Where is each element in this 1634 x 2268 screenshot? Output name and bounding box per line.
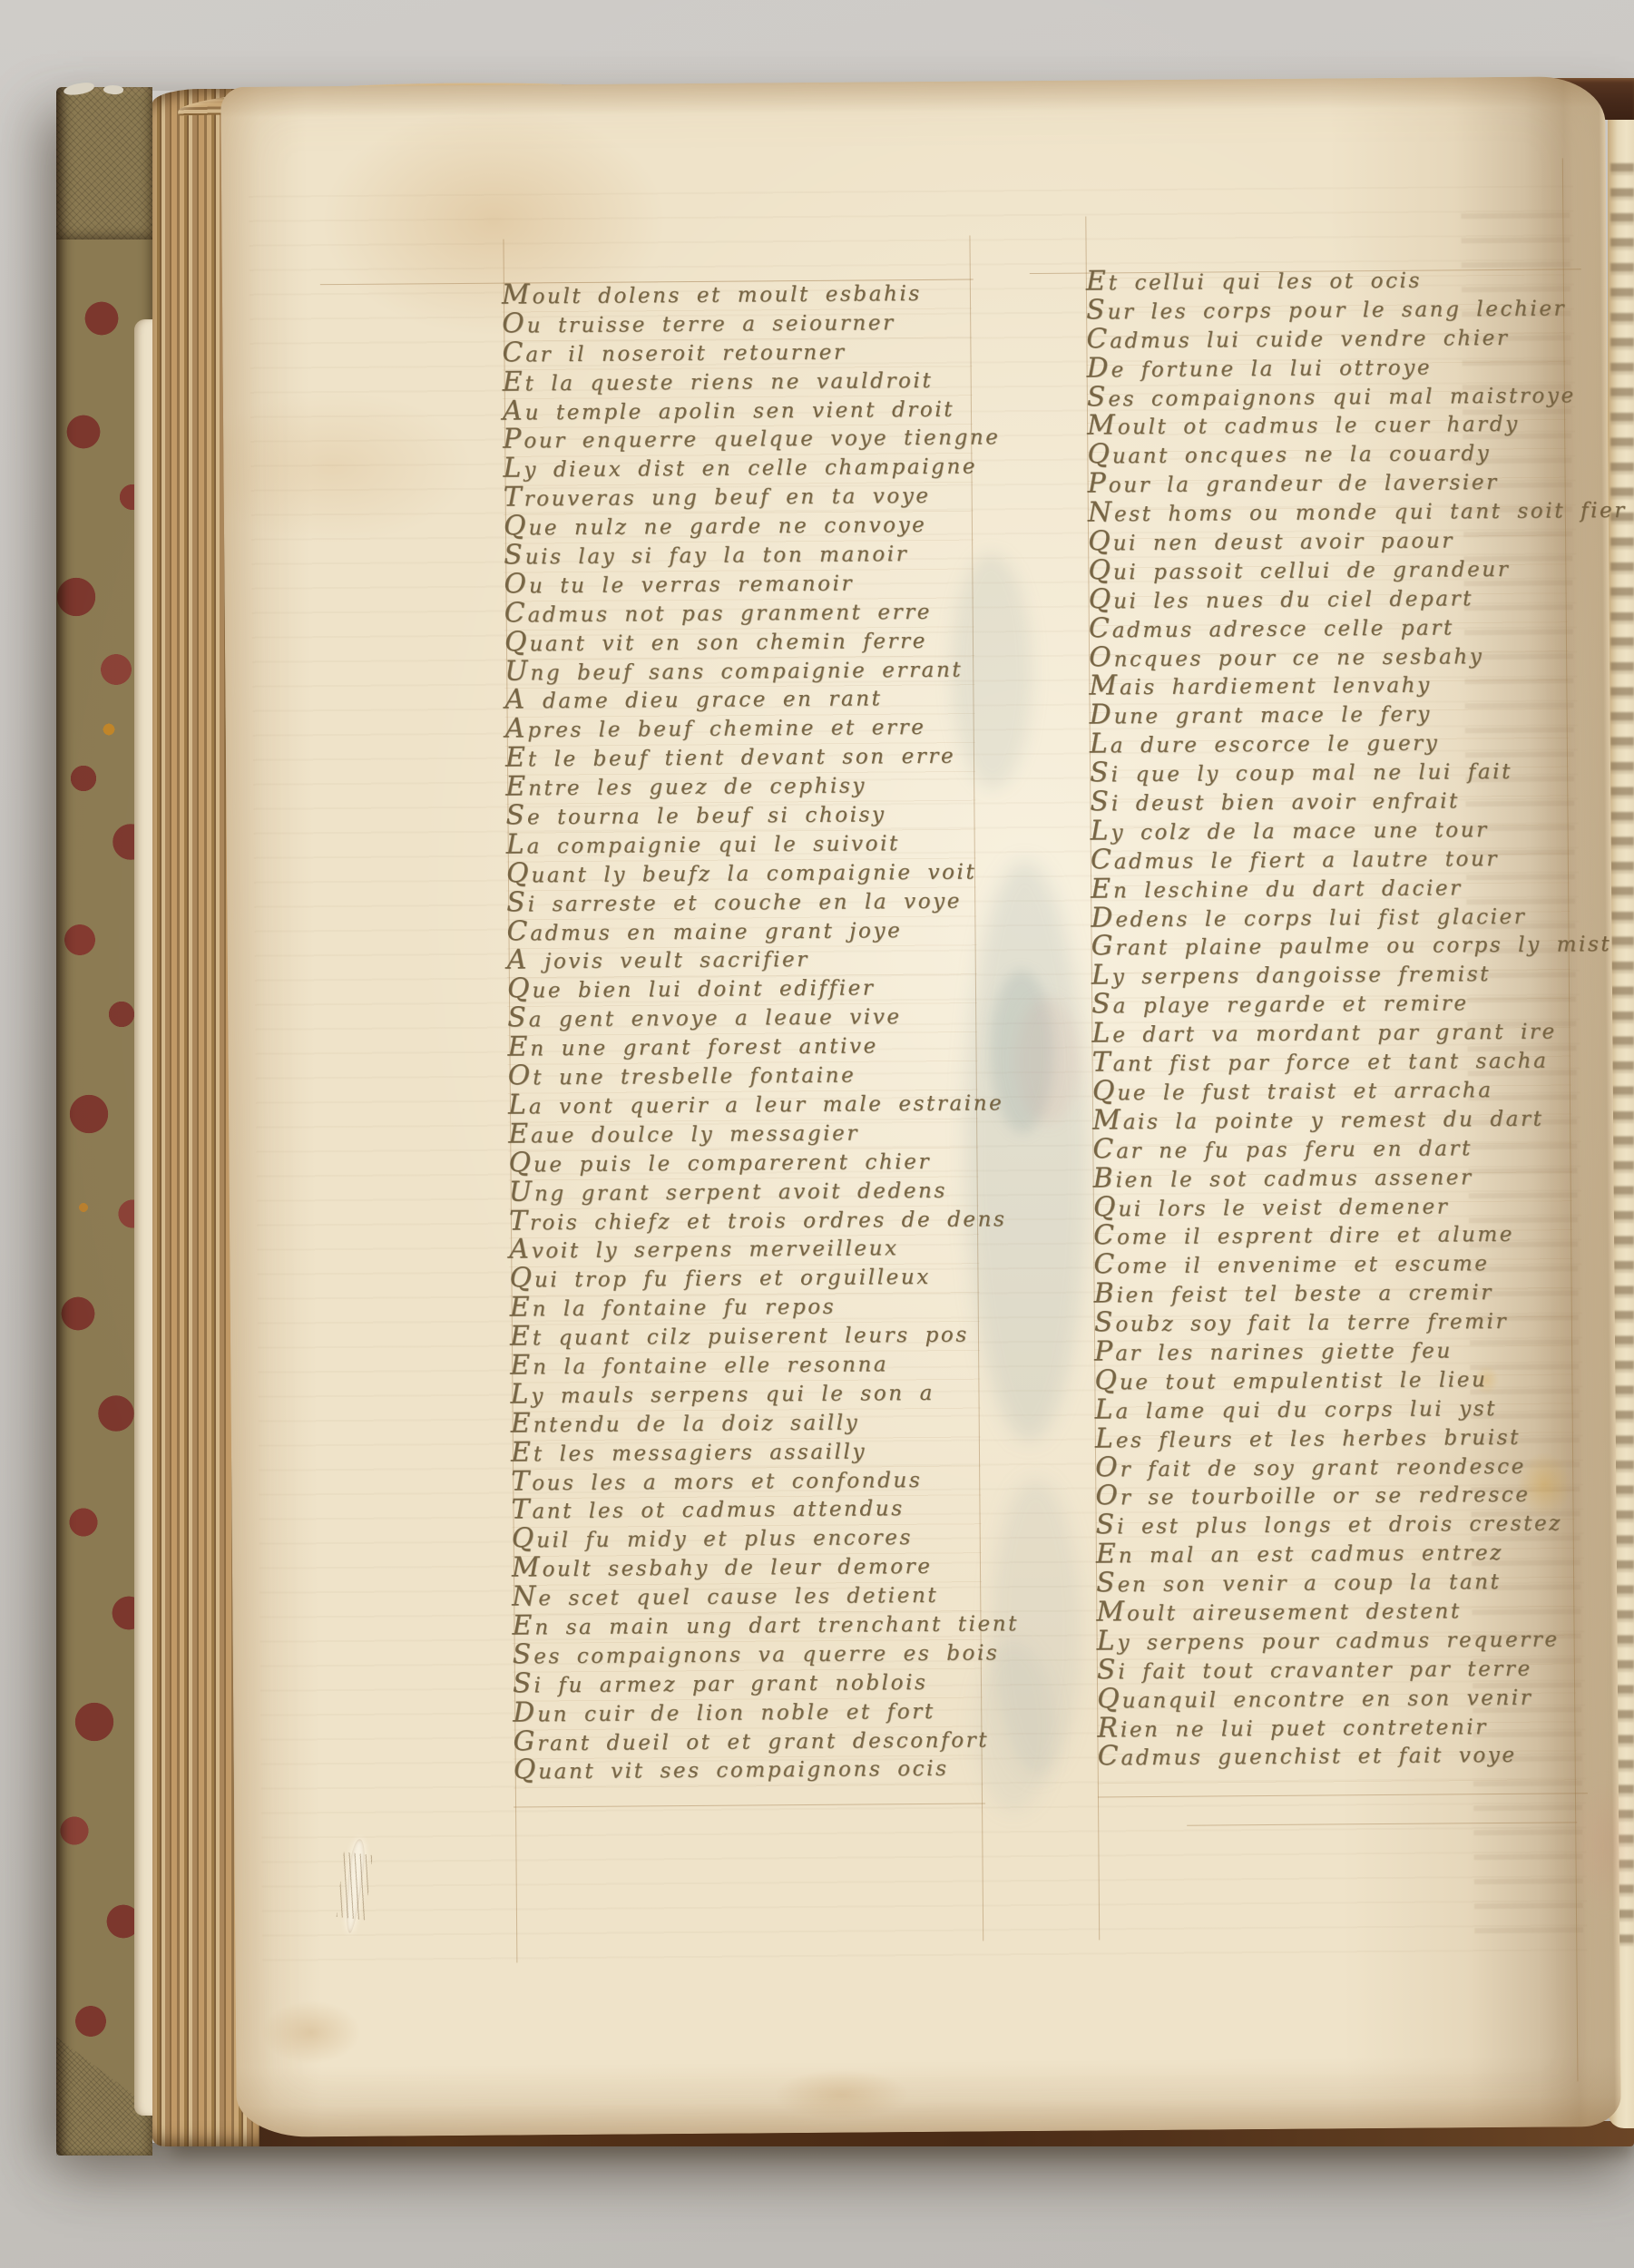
manuscript-verse-line: Qui nen deust avoir paour [1088,523,1578,556]
manuscript-verse-line: En la fontaine fu repos [510,1290,982,1323]
manuscript-verse-line: Que tout empulentist le lieu [1094,1363,1584,1395]
manuscript-verse-line: Et cellui qui les ot ocis [1086,263,1576,296]
manuscript-verse-line: Come il esprent dire et alume [1093,1218,1583,1251]
manuscript-verse-line: En la fontaine elle resonna [510,1347,982,1380]
manuscript-verse-line: Soubz soy fait la terre fremir [1094,1305,1584,1337]
manuscript-verse-line: Entre les guez de cephisy [505,769,977,802]
manuscript-verse-line: Et la queste riens ne vauldroit [503,364,974,396]
manuscript-verse-line: Que le fust traist et arracha [1092,1073,1582,1106]
manuscript-verse-line: Moult sesbahy de leur demore [512,1550,983,1583]
manuscript-verse-line: En mal an est cadmus entrez [1096,1536,1586,1569]
manuscript-verse-line: Quant vit en son chemin ferre [504,624,976,657]
manuscript-verse-line: Sen son venir a coup la tant [1096,1565,1586,1598]
manuscript-verse-line: Les fleurs et les herbes bruist [1095,1421,1585,1453]
manuscript-verse-line: Que puis le comparerent chier [508,1145,980,1178]
manuscript-photo: Moult dolens et moult esbahisOu truisse … [0,0,1634,2268]
manuscript-verse-line: Trois chiefz et trois ordres de dens [509,1203,981,1236]
manuscript-verse-line: Le dart va mordant par grant ire [1091,1015,1581,1048]
manuscript-verse-line: Quant ly beufz la compaignie voit [506,855,978,888]
manuscript-verse-line: Or se tourboille or se redresce [1095,1479,1585,1511]
manuscript-verse-line: Cadmus le fiert a lautre tour [1091,842,1580,875]
manuscript-verse-line: Qui passoit cellui de grandeur [1088,552,1578,585]
manuscript-verse-line: Ne scet quel cause les detient [512,1579,983,1612]
manuscript-verse-line: Mais la pointe y remest du dart [1092,1102,1582,1135]
manuscript-verse-line: Avoit ly serpens merveilleux [509,1232,981,1265]
manuscript-verse-line: Sa playe regarde et remire [1091,987,1581,1020]
manuscript-verse-line: A dame dieu grace en rant [504,682,976,715]
manuscript-verse-line: Si deust bien avoir enfrait [1090,784,1580,816]
manuscript-verse-line: Pour la grandeur de laversier [1087,466,1577,499]
manuscript-verse-line: Cadmus not pas granment erre [504,595,976,628]
manuscript-verse-line: Cadmus adresce celle part [1089,611,1579,643]
offset-smudge [1015,997,1080,1125]
manuscript-verse-line: Entendu de la doiz sailly [511,1405,983,1438]
manuscript-verse-line: Si que ly coup mal ne lui fait [1090,755,1580,787]
manuscript-verse-line: Se tourna le beuf si choisy [505,798,977,831]
manuscript-verse-line: Si sarreste et couche en la voye [506,885,978,917]
manuscript-verse-line: Quant vit ses compaignons ocis [514,1753,985,1785]
manuscript-verse-line: Dune grant mace le fery [1089,698,1579,730]
cover-leather-top [56,87,152,240]
manuscript-verse-line: Tous les a mors et confondus [511,1463,983,1496]
manuscript-verse-line: Rien ne lui puet contretenir [1097,1710,1587,1743]
manuscript-verse-line: Quil fu midy et plus encores [512,1521,983,1554]
manuscript-verse-line: En sa main ung dart trenchant tient [512,1608,983,1640]
manuscript-verse-line: Moult dolens et moult esbahis [502,278,974,310]
manuscript-verse-line: La vont querir a leur male estraine [508,1087,980,1119]
manuscript-verse-line: Sa gent envoye a leaue vive [507,1001,979,1033]
manuscript-verse-line: A jovis veult sacrifier [507,943,979,975]
manuscript-verse-line: En une grant forest antive [507,1030,979,1062]
manuscript-verse-line: Dun cuir de lion noble et fort [513,1695,984,1727]
manuscript-verse-line: Eaue doulce ly messagier [508,1116,980,1149]
text-column-left: Moult dolens et moult esbahisOu truisse … [502,278,985,1785]
manuscript-verse-line: Qui lors le veist demener [1093,1189,1583,1222]
manuscript-verse-line: Si est plus longs et drois crestez [1096,1508,1586,1540]
manuscript-verse-line: Nest homs ou monde qui tant soit fier [1088,494,1578,527]
manuscript-verse-line: Ly serpens pour cadmus requerre [1097,1623,1587,1656]
manuscript-verse-line: La lame qui du corps lui yst [1095,1392,1585,1424]
manuscript-verse-line: Grant dueil ot et grant desconfort [513,1724,984,1756]
manuscript-verse-line: Grant plaine paulme ou corps ly mist [1091,929,1580,962]
manuscript-verse-line: Ou truisse terre a seiourner [502,306,974,338]
manuscript-verse-line: Par les narines giette feu [1094,1334,1584,1366]
manuscript-verse-line: Que nulz ne garde ne convoye [504,509,975,542]
manuscript-verse-line: Ly colz de la mace une tour [1090,813,1580,846]
manuscript-verse-line: Ly serpens dangoisse fremist [1091,958,1581,991]
manuscript-verse-line: Qui les nues du ciel depart [1088,582,1578,614]
manuscript-verse-line: Ung grant serpent avoit dedens [509,1174,981,1207]
manuscript-verse-line: Dedens le corps lui fist glacier [1091,900,1580,933]
manuscript-verse-line: Qui trop fu fiers et orguilleux [509,1261,981,1294]
manuscript-verse-line: Cadmus en maine grant joye [506,914,978,946]
manuscript-verse-line: Cadmus guenchist et fait voye [1098,1739,1588,1772]
manuscript-verse-line: Moult ot cadmus le cuer hardy [1087,408,1577,441]
manuscript-verse-line: Tant fist par force et tant sacha [1091,1044,1581,1077]
manuscript-verse-line: Car ne fu pas feru en dart [1092,1131,1582,1164]
manuscript-verse-line: De fortune la lui ottroye [1086,350,1576,383]
manuscript-verse-line: Sur les corps pour le sang lechier [1086,292,1576,325]
manuscript-verse-line: Come il envenime et escume [1093,1247,1583,1280]
manuscript-verse-line: Ung beuf sans compaignie errant [504,653,976,686]
manuscript-verse-line: Ot une tresbelle fontaine [508,1059,980,1091]
stain [773,2068,909,2120]
manuscript-verse-line: Ses compaignons qui mal maistroye [1087,379,1577,412]
manuscript-verse-line: Bien feist tel beste a cremir [1094,1276,1584,1308]
manuscript-verse-line: Si fait tout cravanter par terre [1097,1652,1587,1685]
manuscript-verse-line: Ou tu le verras remanoir [504,566,975,599]
manuscript-verse-line: La compaignie qui le suivoit [506,826,978,859]
manuscript-verse-line: Cadmus lui cuide vendre chier [1086,321,1576,354]
manuscript-verse-line: Au temple apolin sen vient droit [503,393,974,425]
parchment-scar [342,1838,367,1933]
manuscript-verse-line: Ses compaignons va querre es bois [513,1637,984,1669]
gutter-shading [1523,76,1621,2127]
manuscript-verse-line: En leschine du dart dacier [1091,871,1580,904]
manuscript-verse-line: Moult aireusement destent [1096,1594,1586,1627]
manuscript-verse-line: Quanquil encontre en son venir [1097,1681,1587,1714]
text-column-right: Et cellui qui les ot ocisSur les corps p… [1086,263,1588,1772]
stain [261,2000,362,2065]
manuscript-verse-line: Si fu armez par grant noblois [513,1666,984,1698]
manuscript-verse-line: Et quant cilz puiserent leurs pos [510,1319,982,1352]
manuscript-verse-line: Ly mauls serpens qui le son a [510,1376,982,1409]
manuscript-verse-line: La dure escorce le guery [1090,727,1580,759]
manuscript-verse-line: Et le beuf tient devant son erre [505,740,977,773]
manuscript-verse-line: Pour enquerre quelque voye tiengne [503,422,974,455]
manuscript-verse-line: Apres le beuf chemine et erre [505,711,977,744]
manuscript-verse-line: Mais hardiement lenvahy [1089,669,1579,701]
manuscript-verse-line: Ly dieux dist en celle champaigne [503,451,974,484]
manuscript-verse-line: Quant oncques ne la couardy [1087,437,1577,470]
manuscript-verse-line: Et les messagiers assailly [511,1434,983,1467]
manuscript-verse-line: Bien le sot cadmus assener [1093,1160,1583,1193]
manuscript-verse-line: Car il noseroit retourner [502,335,974,367]
parchment-page-verso: Moult dolens et moult esbahisOu truisse … [220,76,1621,2137]
manuscript-verse-line: Suis lay si fay la ton manoir [504,538,975,571]
manuscript-verse-line: Oncques pour ce ne sesbahy [1089,640,1579,672]
manuscript-verse-line: Que bien lui doint ediffier [507,972,979,1004]
manuscript-verse-line: Or fait de soy grant reondesce [1095,1450,1585,1482]
manuscript-verse-line: Tant les ot cadmus attendus [511,1492,983,1525]
manuscript-verse-line: Trouveras ung beuf en ta voye [504,480,975,513]
